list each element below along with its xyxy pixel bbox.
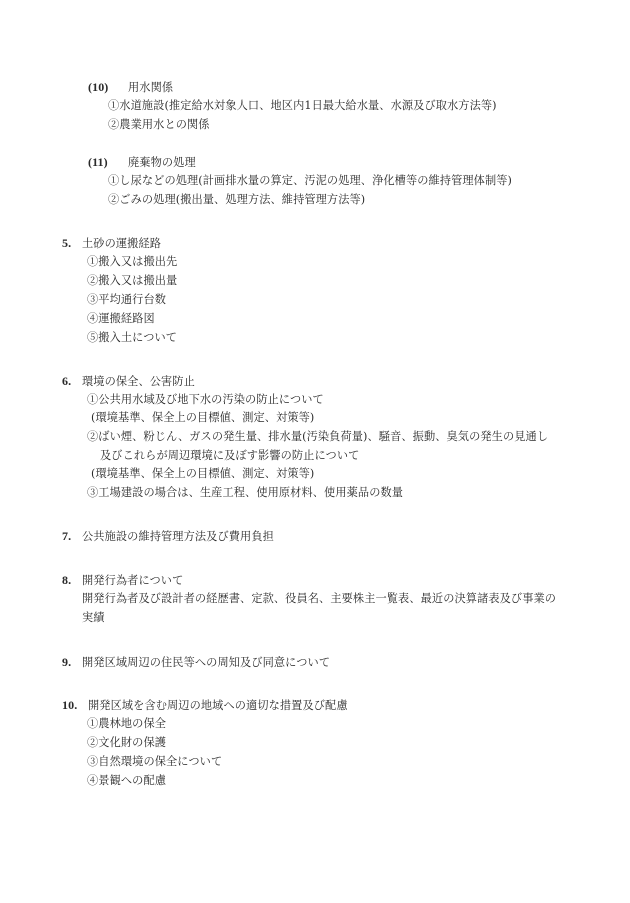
section-6-heading: 6.環境の保全、公害防止 [62, 374, 195, 389]
list-item-note: (環境基準、保全上の目標値、測定、対策等) [91, 467, 314, 481]
list-item: ①農林地の保全 [87, 717, 166, 731]
section-title: 開発区域周辺の住民等への周知及び同意について [82, 656, 330, 669]
list-item: ③工場建設の場合は、生産工程、使用原材料、使用薬品の数量 [87, 486, 403, 500]
section-number: 9. [62, 655, 82, 669]
list-item: ②搬入又は搬出量 [87, 274, 177, 288]
section-title: 開発行為者について [82, 574, 183, 587]
list-item: ②ごみの処理(搬出量、処理方法、維持管理方法等) [108, 193, 365, 207]
list-item: ③自然環境の保全について [87, 755, 222, 769]
section-9-heading: 9.開発区域周辺の住民等への周知及び同意について [62, 655, 330, 670]
list-item: ①水道施設(推定給水対象人口、地区内1日最大給水量、水源及び取水方法等) [108, 99, 497, 113]
section-5-heading: 5.土砂の運搬経路 [62, 236, 161, 251]
section-title: 開発区域を含む周辺の地域への適切な措置及び配慮 [88, 699, 348, 712]
subsection-title: 廃棄物の処理 [128, 156, 196, 169]
section-number: 10. [62, 698, 88, 712]
subsection-title: 用水関係 [128, 81, 173, 94]
list-item: ②農業用水との関係 [108, 118, 210, 132]
section-body: 実績 [82, 611, 105, 625]
list-item: ②ばい煙、粉じん、ガスの発生量、排水量(汚染負荷量)、騒音、振動、臭気の発生の見… [87, 430, 548, 444]
list-item: ④運搬経路図 [87, 312, 155, 326]
section-number: 7. [62, 529, 82, 543]
subsection-number: (11) [88, 155, 128, 169]
list-item: ①し尿などの処理(計画排水量の算定、汚泥の処理、浄化槽等の維持管理体制等) [108, 174, 512, 188]
list-item: ①搬入又は搬出先 [87, 255, 177, 269]
list-item-note: (環境基準、保全上の目標値、測定、対策等) [91, 411, 314, 425]
section-title: 環境の保全、公害防止 [82, 375, 195, 388]
list-item: ④景観への配慮 [87, 774, 166, 788]
list-item: ⑤搬入土について [87, 331, 177, 345]
section-number: 6. [62, 374, 82, 388]
section-title: 土砂の運搬経路 [82, 237, 161, 250]
subsection-10-heading: (10)用水関係 [88, 80, 173, 95]
subsection-number: (10) [88, 80, 128, 94]
section-7-heading: 7.公共施設の維持管理方法及び費用負担 [62, 529, 274, 544]
section-number: 5. [62, 236, 82, 250]
section-title: 公共施設の維持管理方法及び費用負担 [82, 530, 274, 543]
list-item: ①公共用水域及び地下水の汚染の防止について [87, 393, 324, 407]
section-body: 開発行為者及び設計者の経歴書、定款、役員名、主要株主一覧表、最近の決算諸表及び事… [82, 592, 556, 606]
list-item: ②文化財の保護 [87, 736, 166, 750]
section-number: 8. [62, 573, 82, 587]
subsection-11-heading: (11)廃棄物の処理 [88, 155, 196, 170]
section-8-heading: 8.開発行為者について [62, 573, 183, 588]
section-10-heading: 10.開発区域を含む周辺の地域への適切な措置及び配慮 [62, 698, 348, 713]
list-item: ③平均通行台数 [87, 293, 166, 307]
list-item-continuation: 及びこれらが周辺環境に及ぼす影響の防止について [100, 449, 359, 463]
